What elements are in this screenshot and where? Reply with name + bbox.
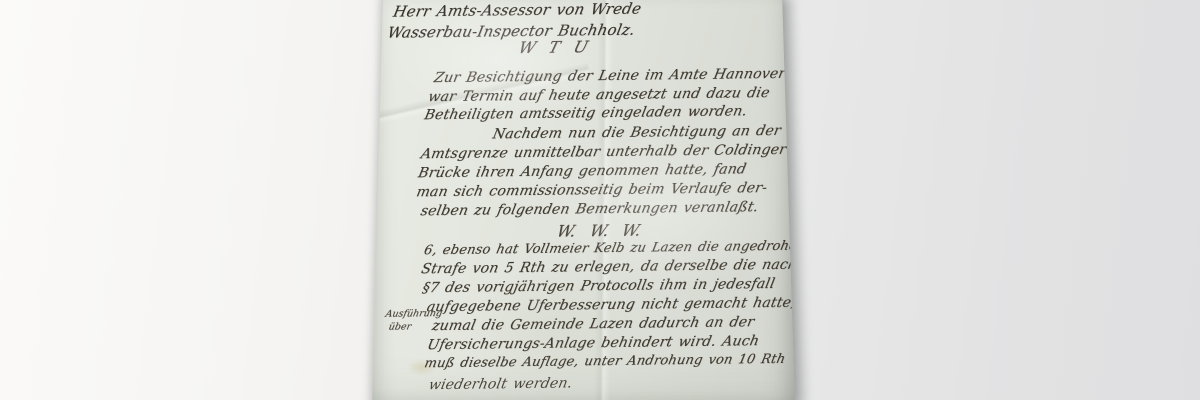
recipient-line-2: Wasserbau-Inspector Buchholz.	[386, 21, 637, 42]
paraph-mark: W.	[555, 221, 579, 240]
body-line: §7 des vorigjährigen Protocolls ihm in j…	[421, 276, 776, 296]
body-line: war Termin auf heute angesetzt und dazu …	[427, 85, 771, 105]
body-line: aufgegebene Uferbesserung nicht gemacht …	[425, 295, 797, 316]
body-line: Betheiligten amtsseitig eingeladen worde…	[423, 103, 749, 123]
photo-background-surface: Herr Amts-Assessor von Wrede Wasserbau-I…	[0, 0, 1200, 400]
paraph-mark: W	[516, 38, 538, 57]
body-line: man sich commissionsseitig beim Verlaufe…	[415, 180, 769, 200]
body-line: wiederholt werden.	[427, 375, 574, 393]
body-line: Strafe von 5 Rth zu erlegen, da derselbe…	[420, 257, 799, 278]
margin-note-line-1: Ausführung	[384, 308, 443, 320]
body-line: Ufersicherungs-Anlage behindert wird. Au…	[426, 333, 761, 353]
paraph-mark: W.	[587, 221, 611, 240]
body-line: Nachdem nun die Besichtigung an der ober…	[491, 122, 831, 142]
paper-crease-diagonal	[344, 62, 591, 132]
body-line: Brücke ihren Anfang genommen hatte, fand	[417, 161, 748, 181]
paraph-mark: W.	[620, 221, 644, 240]
paraph-marks-mid: W. W. W.	[557, 221, 641, 241]
body-line: Amtsgrenze unmittelbar unterhalb der Col…	[419, 142, 787, 162]
letter-paper: Herr Amts-Assessor von Wrede Wasserbau-I…	[372, 0, 798, 400]
margin-note-line-2: über	[388, 321, 413, 332]
handwritten-text-layer: Herr Amts-Assessor von Wrede Wasserbau-I…	[371, 0, 802, 400]
body-line: muß dieselbe Auflage, unter Androhung vo…	[423, 352, 787, 371]
paraph-mark: T	[547, 38, 563, 57]
paper-stain	[408, 360, 436, 375]
recipient-line-1: Herr Amts-Assessor von Wrede	[392, 0, 643, 21]
body-line: Zur Besichtigung der Leine im Amte Hanno…	[433, 66, 787, 86]
paper-crease-vertical	[594, 0, 614, 400]
paraph-marks-top: W T U	[519, 37, 588, 57]
paraph-mark: U	[572, 37, 591, 56]
body-line: selben zu folgenden Bemerkungen veranlaß…	[419, 199, 760, 219]
paper-sheet: Herr Amts-Assessor von Wrede Wasserbau-I…	[372, 0, 798, 400]
body-line: 6, ebenso hat Vollmeier Kelb zu Lazen di…	[423, 238, 812, 258]
body-line: zumal die Gemeinde Lazen dadurch an der	[431, 314, 756, 334]
